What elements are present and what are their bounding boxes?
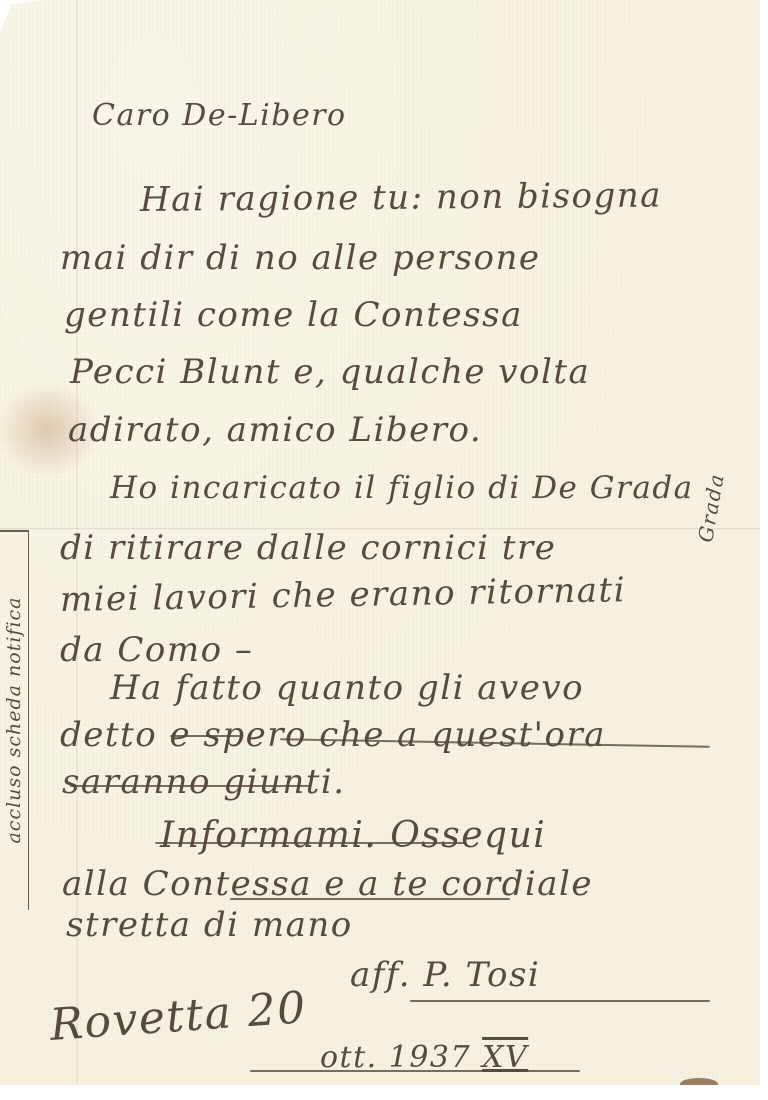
underline <box>155 842 465 844</box>
letter-line: Ha fatto quanto gli avevo <box>110 668 584 708</box>
ink-blot <box>680 1078 718 1090</box>
salutation: Caro De-Libero <box>92 98 347 133</box>
letter-line: detto e spero che a quest'ora <box>60 715 606 755</box>
letter-line: gentili come la Contessa <box>64 295 523 335</box>
letter-line: stretta di mano <box>66 905 353 945</box>
underline <box>230 898 510 900</box>
place-date-place: Rovetta 20 <box>48 982 308 1051</box>
signature: aff. P. Tosi <box>350 955 540 995</box>
letter-line: Informami. Ossequi <box>160 815 546 856</box>
letter-line: Hai ragione tu: non bisogna <box>140 175 662 220</box>
date-underline <box>250 1070 580 1072</box>
letter-line: da Como – <box>60 630 253 670</box>
letter-line: miei lavori che erano ritornati <box>60 570 627 620</box>
margin-note: accluso scheda notifica <box>3 596 25 843</box>
interlinear-insert: Grada <box>693 471 729 544</box>
letter-line: Pecci Blunt e, qualche volta <box>70 352 590 392</box>
letter-line: di ritirare dalle cornici tre <box>60 528 556 568</box>
underline <box>70 785 310 787</box>
letter-line: adirato, amico Libero. <box>68 410 482 450</box>
letter-line: saranno giunti. <box>62 762 346 802</box>
date-day: 20 <box>246 982 308 1037</box>
letter-line: mai dir di no alle persone <box>60 238 541 278</box>
letter-page: Caro De-Libero Hai ragione tu: non bisog… <box>0 0 760 1085</box>
signature-underline <box>410 1000 710 1002</box>
underline <box>170 735 240 737</box>
letter-line: Ho incaricato il figlio di De Grada <box>110 470 694 506</box>
